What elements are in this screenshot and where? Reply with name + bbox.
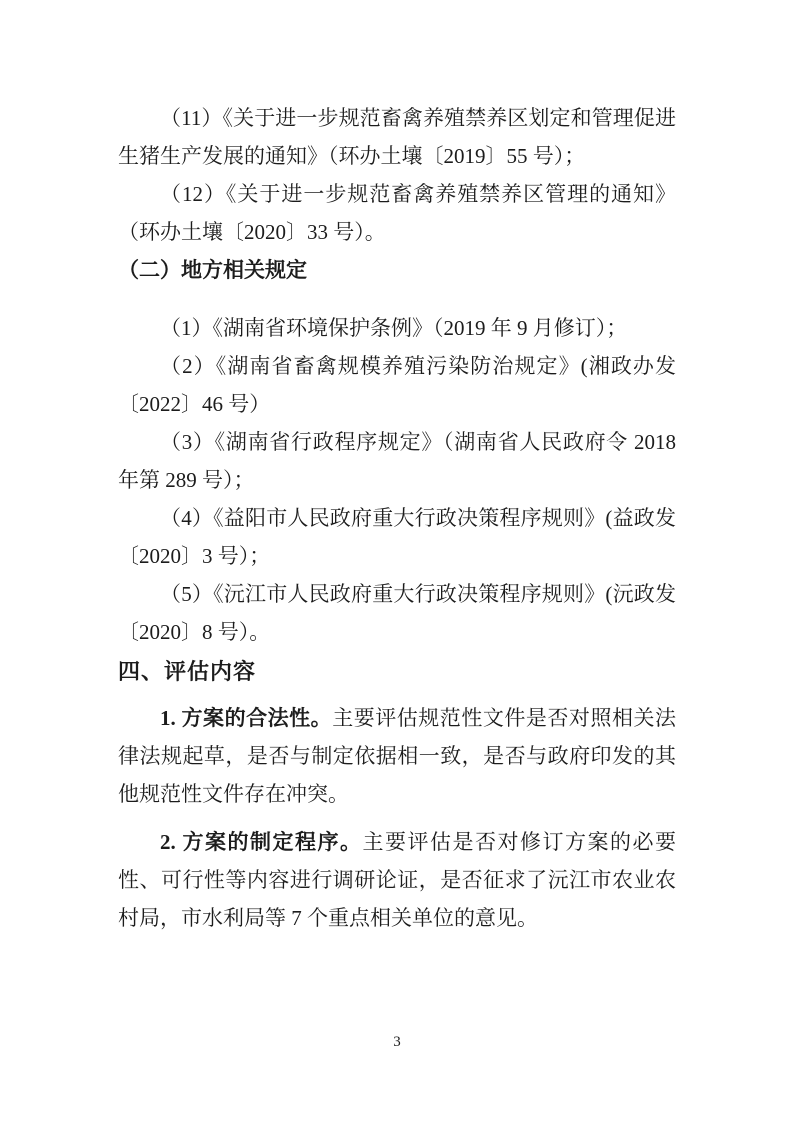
local-regulation-item-1-text: （1）《湖南省环境保护条例》（2019 年 9 月修订）； xyxy=(160,316,627,340)
local-regulations-heading: （二）地方相关规定 xyxy=(118,251,676,289)
evaluation-item-1: 1. 方案的合法性。主要评估规范性文件是否对照相关法律法规起草，是否与制定依据相… xyxy=(118,699,676,813)
evaluation-item-2-title: 2. 方案的制定程序。 xyxy=(160,830,363,854)
local-regulation-item-2: （2）《湖南省畜禽规模养殖污染防治规定》(湘政办发〔2022〕46 号） xyxy=(118,347,676,423)
evaluation-content-heading: 四、评估内容 xyxy=(118,651,676,693)
local-regulation-item-1: （1）《湖南省环境保护条例》（2019 年 9 月修订）； xyxy=(118,309,676,347)
local-regulation-item-3-text: （3）《湖南省行政程序规定》（湖南省人民政府令 2018 年第 289 号）； xyxy=(118,430,676,492)
regulation-item-12-text: （12）《关于进一步规范畜禽养殖禁养区管理的通知》（环办土壤〔2020〕33 号… xyxy=(118,182,676,244)
evaluation-item-1-title: 1. 方案的合法性。 xyxy=(160,706,332,730)
regulation-item-11: （11）《关于进一步规范畜禽养殖禁养区划定和管理促进生猪生产发展的通知》（环办土… xyxy=(118,99,676,175)
page-number: 3 xyxy=(0,1031,794,1053)
local-regulation-item-4-text: （4）《益阳市人民政府重大行政决策程序规则》(益政发〔2020〕3 号）； xyxy=(118,506,676,568)
local-regulation-item-5-text: （5）《沅江市人民政府重大行政决策程序规则》(沅政发〔2020〕8 号）。 xyxy=(118,582,676,644)
document-body: （11）《关于进一步规范畜禽养殖禁养区划定和管理促进生猪生产发展的通知》（环办土… xyxy=(118,99,676,937)
regulation-item-11-text: （11）《关于进一步规范畜禽养殖禁养区划定和管理促进生猪生产发展的通知》（环办土… xyxy=(118,106,676,168)
local-regulation-item-3: （3）《湖南省行政程序规定》（湖南省人民政府令 2018 年第 289 号）； xyxy=(118,423,676,499)
evaluation-item-2: 2. 方案的制定程序。主要评估是否对修订方案的必要性、可行性等内容进行调研论证，… xyxy=(118,823,676,937)
document-page: （11）《关于进一步规范畜禽养殖禁养区划定和管理促进生猪生产发展的通知》（环办土… xyxy=(0,0,794,1122)
local-regulation-item-5: （5）《沅江市人民政府重大行政决策程序规则》(沅政发〔2020〕8 号）。 xyxy=(118,575,676,651)
local-regulation-item-4: （4）《益阳市人民政府重大行政决策程序规则》(益政发〔2020〕3 号）； xyxy=(118,499,676,575)
regulation-item-12: （12）《关于进一步规范畜禽养殖禁养区管理的通知》（环办土壤〔2020〕33 号… xyxy=(118,175,676,251)
local-regulation-item-2-text: （2）《湖南省畜禽规模养殖污染防治规定》(湘政办发〔2022〕46 号） xyxy=(118,354,676,416)
